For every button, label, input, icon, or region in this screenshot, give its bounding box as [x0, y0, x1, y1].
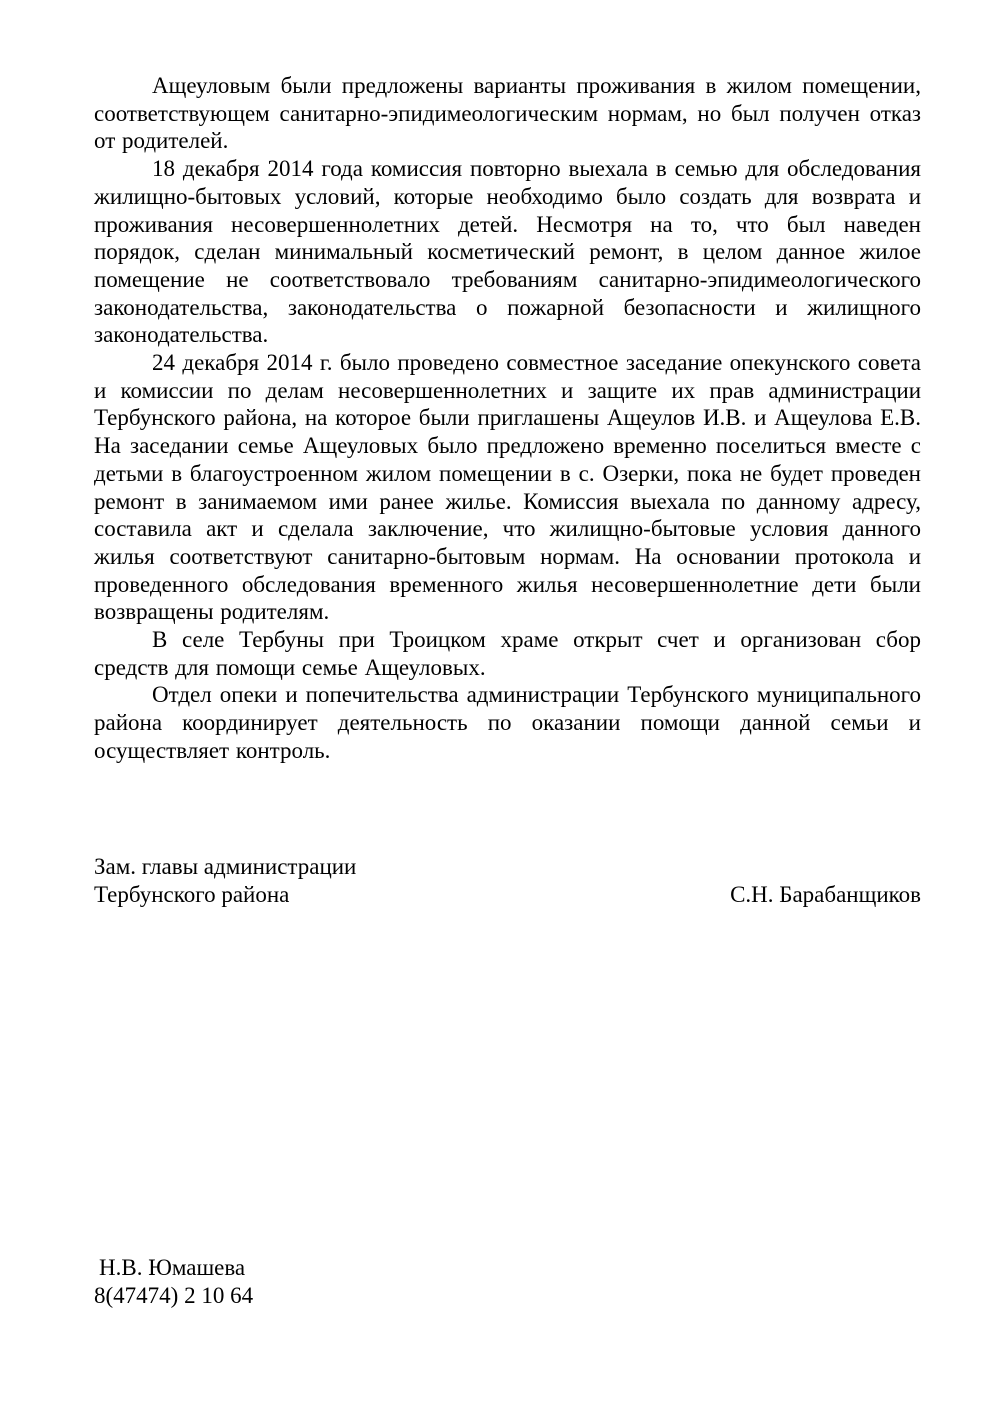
signature-position-line2: Тербунского района — [94, 881, 289, 909]
paragraph-guardianship-dept: Отдел опеки и попечительства администрац… — [94, 681, 921, 764]
paragraph-inspection-dec18: 18 декабря 2014 года комиссия повторно в… — [94, 155, 921, 349]
footer-block: Н.В. Юмашева 8(47474) 2 10 64 — [94, 1254, 921, 1310]
document-body: Ащеуловым были предложены варианты прожи… — [94, 72, 921, 765]
paragraph-housing-offer: Ащеуловым были предложены варианты прожи… — [94, 72, 921, 155]
signature-block: Зам. главы администрации Тербунского рай… — [94, 853, 921, 909]
footer-contact-name: Н.В. Юмашева — [94, 1254, 921, 1282]
signature-name: С.Н. Барабанщиков — [730, 881, 921, 909]
signature-position-line1: Зам. главы администрации — [94, 853, 921, 881]
footer-phone: 8(47474) 2 10 64 — [94, 1282, 921, 1310]
paragraph-meeting-dec24: 24 декабря 2014 г. было проведено совмес… — [94, 349, 921, 626]
paragraph-church-fund: В селе Тербуны при Троицком храме открыт… — [94, 626, 921, 681]
signature-row: Тербунского района С.Н. Барабанщиков — [94, 881, 921, 909]
document-page: Ащеуловым были предложены варианты прожи… — [0, 0, 991, 1403]
